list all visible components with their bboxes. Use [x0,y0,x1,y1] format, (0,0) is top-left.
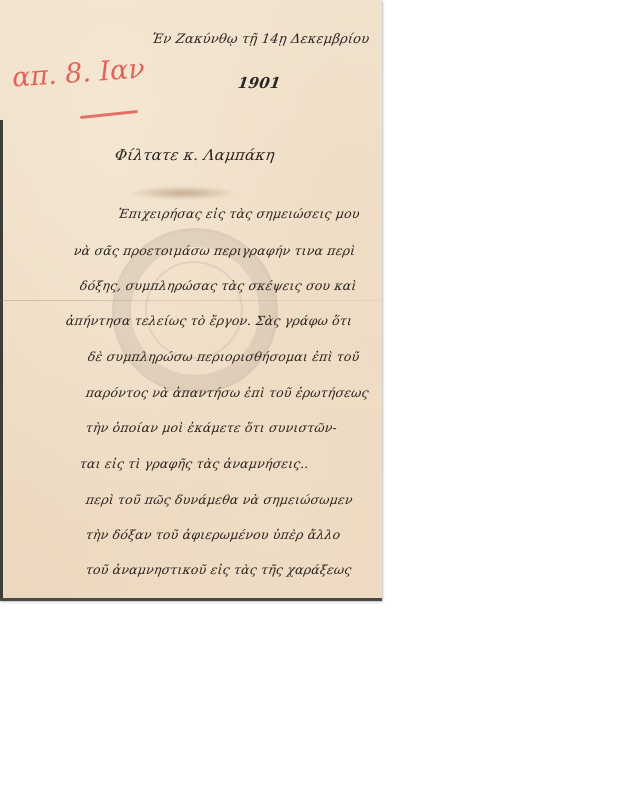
red-annotation-underline [80,110,138,119]
stamp-inner-ring [145,261,243,359]
page-left-edge [0,120,3,598]
body-line: τὴν ὁποίαν μοὶ ἐκάμετε ὅτι συνιστῶν- [85,420,338,435]
red-archive-annotation: απ. 8. Ιαν [11,53,146,93]
body-line: περὶ τοῦ πῶς δυνάμεθα νὰ σημειώσωμεν [85,492,354,507]
place-date-line: Ἐν Ζακύνθῳ τῇ 14ῃ Δεκεμβρίου [151,32,370,47]
body-line: παρόντος νὰ ἀπαντήσω ἐπὶ τοῦ ἐρωτήσεως [85,385,370,400]
body-line: ται εἰς τὶ γραφῆς τὰς ἀναμνήσεις.. [79,456,310,471]
body-line: τὴν δόξαν τοῦ ἀφιερωμένου ὑπὲρ ἄλλο [85,527,342,542]
body-line: ἀπήντησα τελείως τὸ ἔργον. Σὰς γράφω ὅτι [65,313,353,328]
body-line: δὲ συμπληρώσω περιορισθήσομαι ἐπὶ τοῦ [87,349,361,364]
body-line: τοῦ ἀναμνηστικοῦ εἰς τὰς τῆς χαράξεως [85,562,353,577]
body-line: Ἐπιχειρήσας εἰς τὰς σημειώσεις μου [117,206,361,221]
letter-page: Ἐν Ζακύνθῳ τῇ 14ῃ Δεκεμβρίου 1901 απ. 8.… [0,0,382,601]
salutation: Φίλτατε κ. Λαμπάκη [114,146,276,164]
year-line: 1901 [237,74,282,92]
ink-stain [128,186,238,200]
body-line: δόξης, συμπληρώσας τὰς σκέψεις σου καὶ [79,278,358,293]
body-line: νὰ σᾶς προετοιμάσω περιγραφήν τινα περὶ [73,243,357,258]
